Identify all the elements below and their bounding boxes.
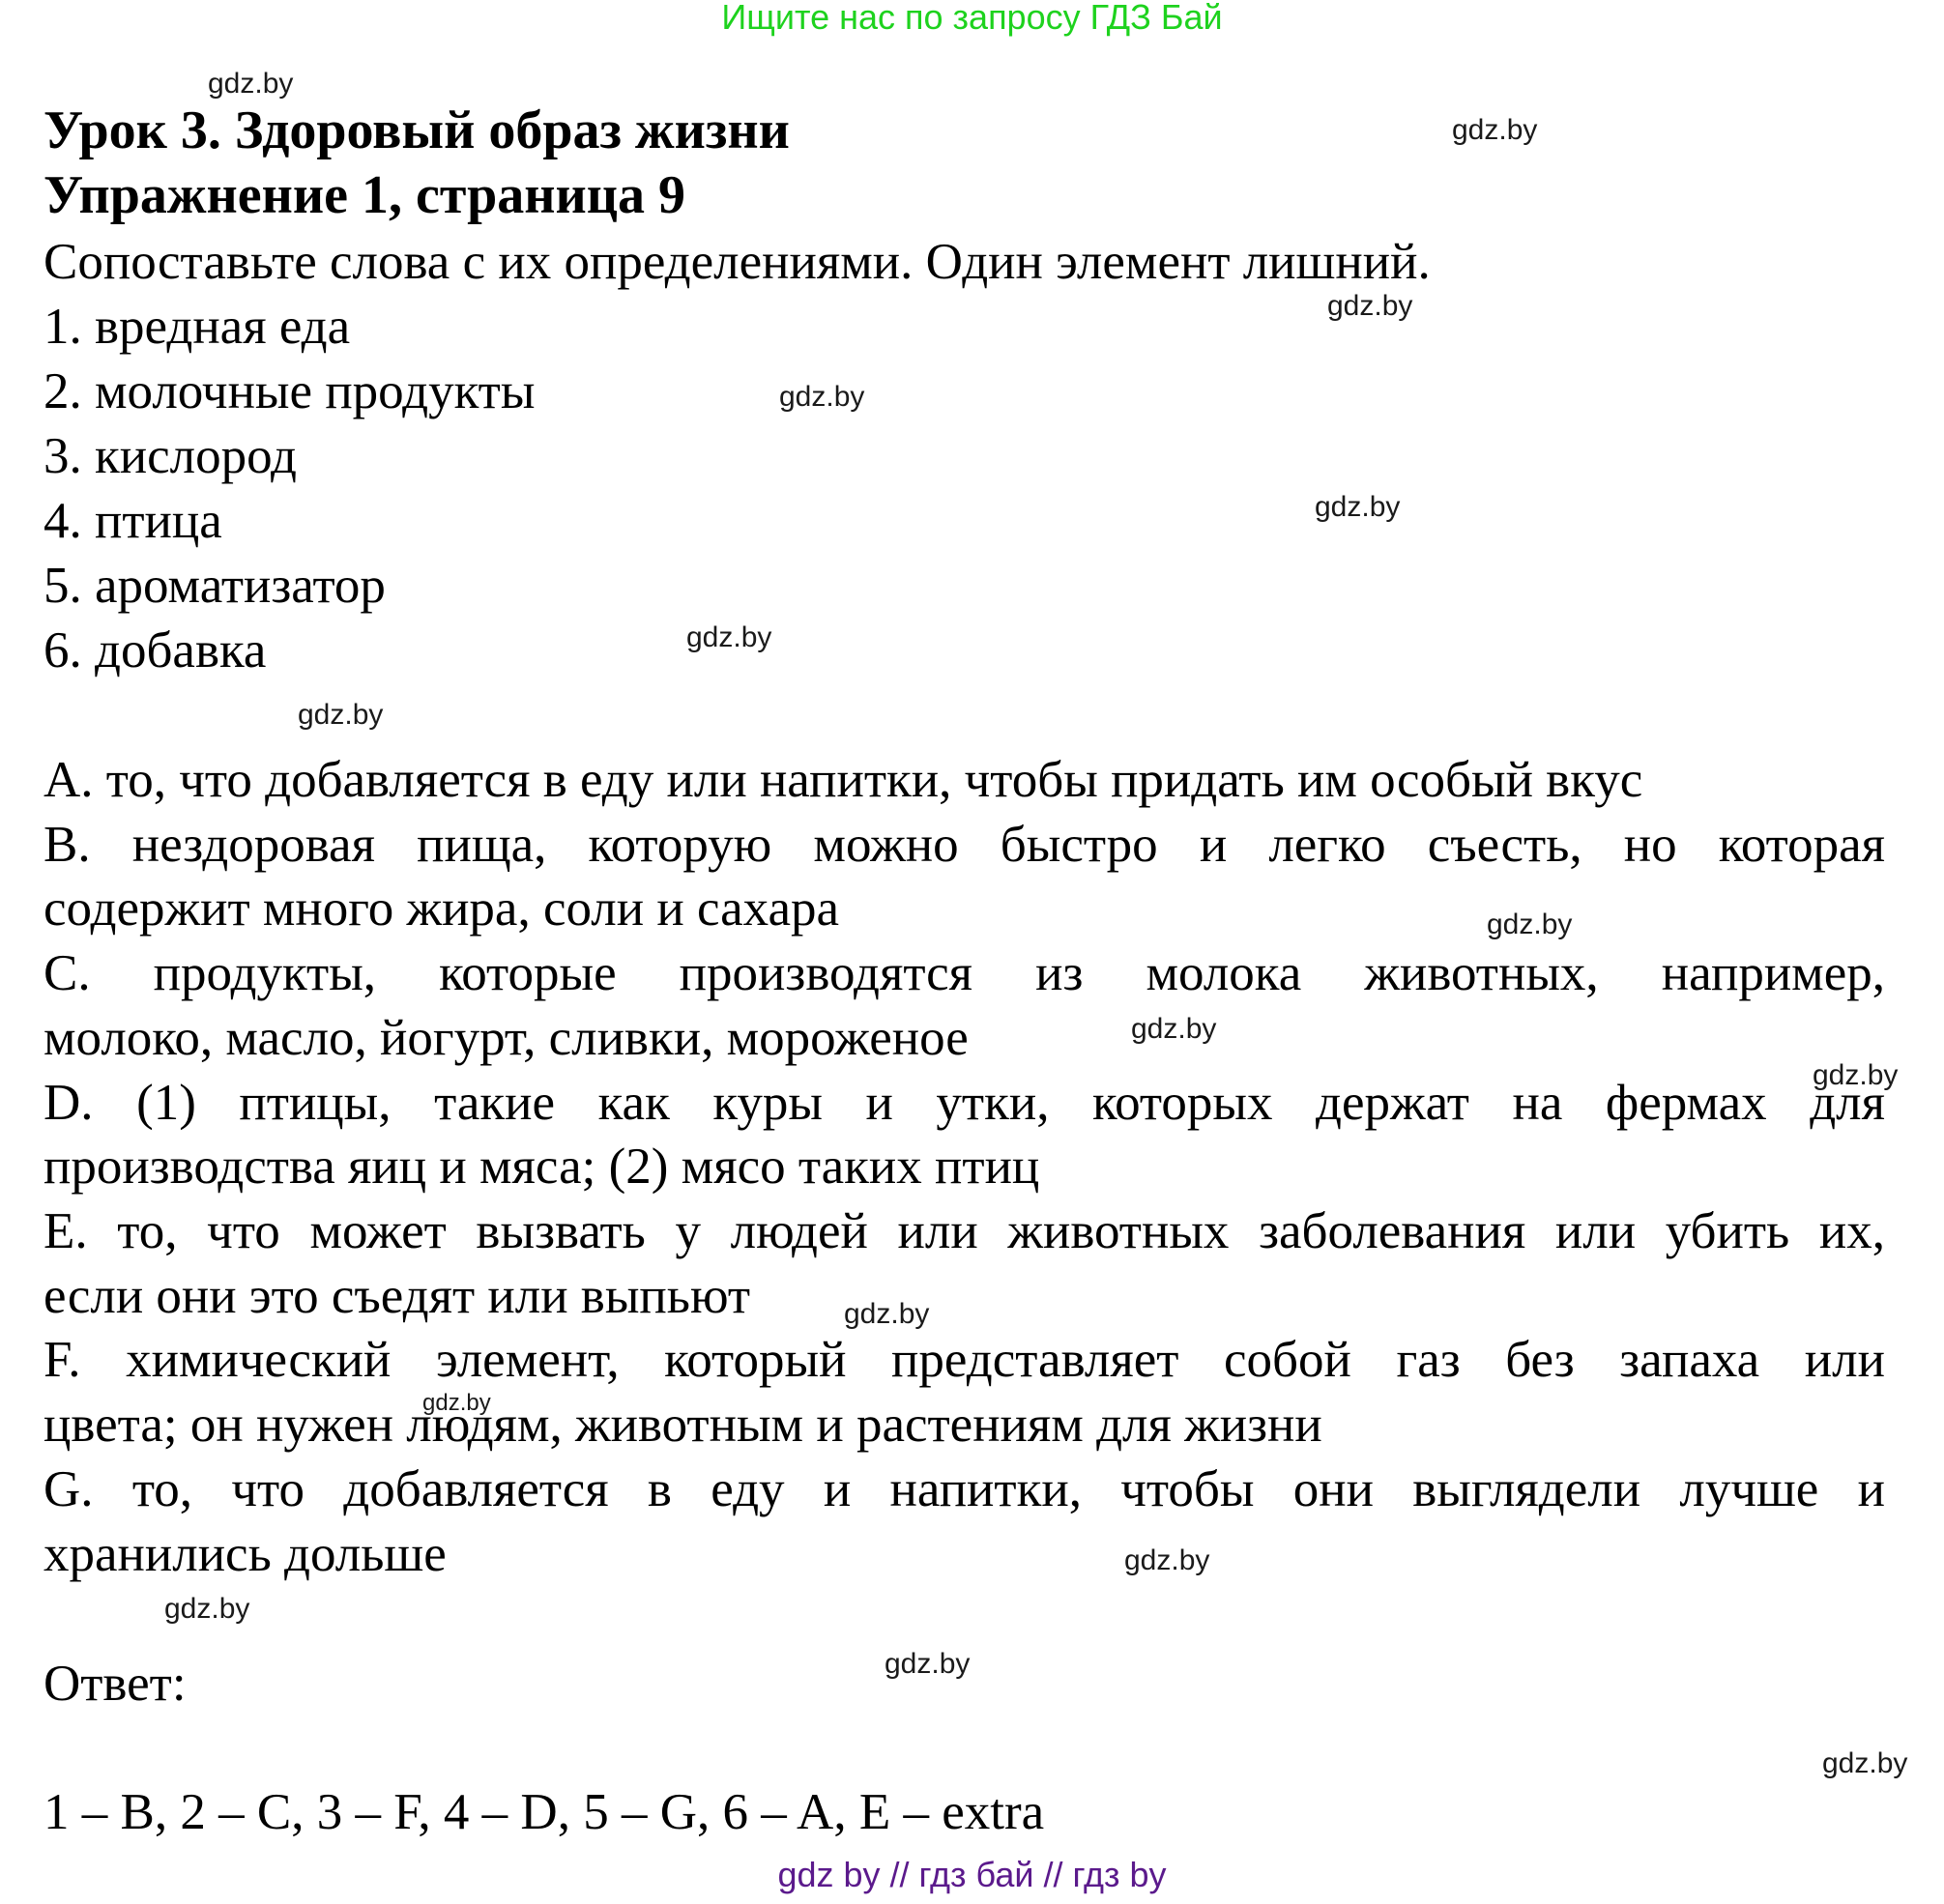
answer-text: 1 – B, 2 – C, 3 – F, 4 – D, 5 – G, 6 – A… bbox=[44, 1780, 1044, 1844]
definition-f-line-1: F. химический элемент, который представл… bbox=[44, 1328, 1885, 1392]
search-banner: Ищите нас по запросу ГДЗ Бай bbox=[0, 0, 1944, 35]
watermark: gdz.by bbox=[1131, 1015, 1216, 1044]
definition-f-line-2: цвета; он нужен людям, животным и растен… bbox=[44, 1393, 1322, 1457]
definition-g-line-1: G. то, что добавляется в еду и напитки, … bbox=[44, 1457, 1885, 1521]
word-item: 2. молочные продукты bbox=[44, 360, 535, 423]
word-item: 3. кислород bbox=[44, 424, 297, 488]
definition-b-line-1: B. нездоровая пища, которую можно быстро… bbox=[44, 813, 1885, 877]
definition-c-line-1: C. продукты, которые производятся из мол… bbox=[44, 941, 1885, 1005]
watermark: gdz.by bbox=[1327, 292, 1412, 321]
task-instruction: Сопоставьте слова с их определениями. Од… bbox=[44, 230, 1431, 294]
definition-a: A. то, что добавляется в еду или напитки… bbox=[44, 748, 1642, 812]
watermark: gdz.by bbox=[885, 1650, 970, 1679]
footer-links: gdz by // гдз бай // гдз by bbox=[0, 1856, 1944, 1894]
definition-c-line-2: молоко, масло, йогурт, сливки, мороженое bbox=[44, 1006, 969, 1070]
definition-b-line-2: содержит много жира, соли и сахара bbox=[44, 877, 839, 940]
watermark: gdz.by bbox=[1813, 1061, 1898, 1090]
watermark: gdz.by bbox=[1452, 116, 1537, 145]
watermark: gdz.by bbox=[1124, 1546, 1209, 1575]
definition-e-line-2: если они это съедят или выпьют bbox=[44, 1264, 750, 1328]
watermark: gdz.by bbox=[1487, 910, 1572, 939]
definition-d-line-1: D. (1) птицы, такие как куры и утки, кот… bbox=[44, 1071, 1885, 1135]
watermark: gdz.by bbox=[164, 1595, 249, 1624]
watermark: gdz.by bbox=[1315, 493, 1400, 522]
watermark: gdz.by bbox=[208, 70, 293, 99]
lesson-title: Урок 3. Здоровый образ жизни bbox=[44, 99, 790, 162]
exercise-title: Упражнение 1, страница 9 bbox=[44, 163, 685, 227]
watermark: gdz.by bbox=[779, 383, 864, 412]
watermark: gdz.by bbox=[1822, 1749, 1907, 1778]
word-item: 6. добавка bbox=[44, 619, 266, 682]
watermark: gdz.by bbox=[298, 701, 383, 730]
watermark: gdz.by bbox=[686, 623, 771, 652]
word-item: 5. ароматизатор bbox=[44, 554, 386, 618]
watermark: gdz.by bbox=[422, 1389, 491, 1418]
definition-g-line-2: хранились дольше bbox=[44, 1522, 447, 1586]
definition-e-line-1: E. то, что может вызвать у людей или жив… bbox=[44, 1199, 1885, 1263]
answer-label: Ответ: bbox=[44, 1652, 187, 1716]
word-item: 1. вредная еда bbox=[44, 295, 350, 359]
word-item: 4. птица bbox=[44, 489, 222, 553]
definition-d-line-2: производства яиц и мяса; (2) мясо таких … bbox=[44, 1135, 1039, 1198]
watermark: gdz.by bbox=[844, 1300, 929, 1329]
